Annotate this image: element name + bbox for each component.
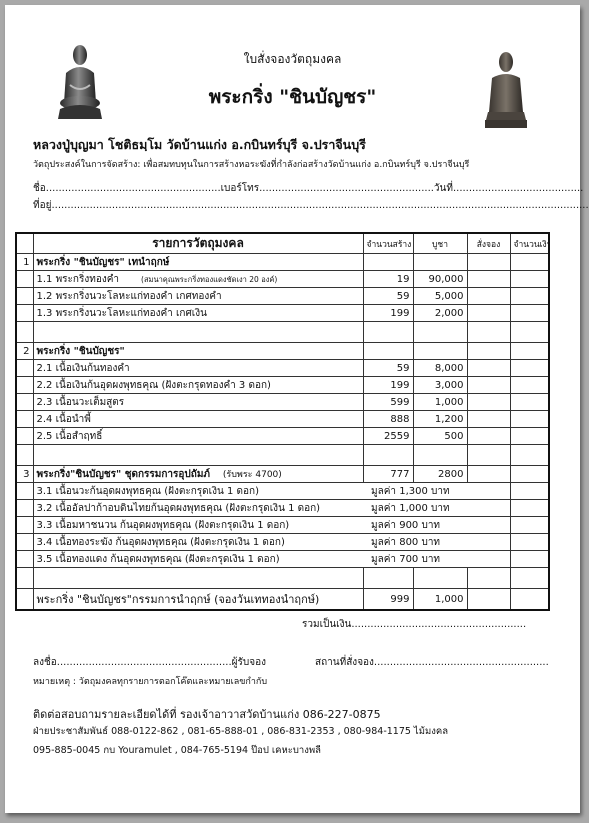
qty-cell: 59: [363, 360, 413, 377]
reserve-cell[interactable]: [467, 428, 510, 445]
item-value: มูลค่า 1,000 บาท: [363, 500, 510, 517]
amount-cell[interactable]: [510, 254, 549, 271]
empty-cell: [33, 568, 363, 589]
amount-cell[interactable]: [510, 428, 549, 445]
group-title: พระกริ่ง"ชินบัญชร" ชุดกรรมการอุปถัมภ์ (ร…: [33, 466, 363, 483]
items-table: รายการวัตถุมงคล จำนวนสร้าง บูชา สั่งจอง …: [15, 232, 550, 611]
reserve-cell[interactable]: [467, 394, 510, 411]
item-value: มูลค่า 900 บาท: [363, 517, 510, 534]
empty-cell: [467, 568, 510, 589]
price-cell: 2800: [413, 466, 467, 483]
table-row: 3.2 เนื้ออัลปาก้าอบดินไทยก้นอุดผงพุทธคุณ…: [16, 500, 549, 517]
empty-cell: [363, 322, 413, 343]
reserve-cell[interactable]: [467, 589, 510, 611]
amount-cell[interactable]: [510, 360, 549, 377]
reserve-cell[interactable]: [467, 288, 510, 305]
price-cell: 5,000: [413, 288, 467, 305]
empty-cell: [413, 568, 467, 589]
empty-cell: [413, 445, 467, 466]
table-row: 2.5 เนื้อสำฤทธิ์2559500: [16, 428, 549, 445]
num-cell: [16, 288, 33, 305]
num-cell: [16, 551, 33, 568]
table-row: 3.4 เนื้อทองระฆัง ก้นอุดผงพุทธคุณ (ฝังตะ…: [16, 534, 549, 551]
item-value: มูลค่า 800 บาท: [363, 534, 510, 551]
qty-cell: 59: [363, 288, 413, 305]
table-row: 1.3 พระกริ่งนวะโลหะแก่ทองคำ เกศเงิน1992,…: [16, 305, 549, 322]
num-cell: [16, 271, 33, 288]
amount-cell[interactable]: [510, 343, 549, 360]
qty-cell: 19: [363, 271, 413, 288]
table-row: 3.1 เนื้อนวะก้นอุดผงพุทธคุณ (ฝังตะกรุดเง…: [16, 483, 549, 500]
item-label: 2.2 เนื้อเงินก้นอุดผงพุทธคุณ (ฝังตะกรุดท…: [33, 377, 363, 394]
form-title: พระกริ่ง "ชินบัญชร": [5, 82, 580, 112]
amount-cell[interactable]: [510, 589, 549, 611]
num-cell: [16, 500, 33, 517]
amount-cell[interactable]: [510, 411, 549, 428]
qty-cell: [363, 343, 413, 360]
contact-pr: ฝ่ายประชาสัมพันธ์ 088-0122-862 , 081-65-…: [33, 724, 448, 739]
item-label: 3.2 เนื้ออัลปาก้าอบดินไทยก้นอุดผงพุทธคุณ…: [33, 500, 363, 517]
qty-cell: 888: [363, 411, 413, 428]
final-label: พระกริ่ง "ชินบัญชร"กรรมการนำฤกษ์ (จองวัน…: [33, 589, 363, 611]
empty-cell: [33, 322, 363, 343]
amount-cell[interactable]: [510, 551, 549, 568]
qty-cell: 777: [363, 466, 413, 483]
amount-cell[interactable]: [510, 377, 549, 394]
amount-cell[interactable]: [510, 517, 549, 534]
reserve-cell[interactable]: [467, 377, 510, 394]
price-cell: 8,000: [413, 360, 467, 377]
col-items: รายการวัตถุมงคล: [33, 233, 363, 254]
group-number: 1: [16, 254, 33, 271]
signature-field[interactable]: ลงชื่อ..................................…: [33, 655, 266, 670]
qty-cell: [363, 254, 413, 271]
qty-cell: 999: [363, 589, 413, 611]
empty-cell: [16, 322, 33, 343]
contact-main: ติดต่อสอบถามรายละเอียดได้ที่ รองเจ้าอาวา…: [33, 705, 381, 723]
amount-cell[interactable]: [510, 534, 549, 551]
total-field[interactable]: รวมเป็นเงิน.............................…: [302, 617, 526, 632]
item-label: 3.5 เนื้อทองแดง ก้นอุดผงพุทธคุณ (ฝังตะกร…: [33, 551, 363, 568]
group-title: พระกริ่ง "ชินบัญชร": [33, 343, 363, 360]
name-phone-date-field[interactable]: ชื่อ....................................…: [33, 181, 583, 196]
price-cell: 1,200: [413, 411, 467, 428]
item-note: (สมนาคุณพระกริ่งทองแดงชัดเงา 20 องค์): [141, 275, 277, 284]
spacer-row: [16, 445, 549, 466]
table-row: 1.2 พระกริ่งนวะโลหะแก่ทองคำ เกศทองคำ595,…: [16, 288, 549, 305]
order-form-page: ใบสั่งจองวัตถุมงคล พระกริ่ง "ชินบัญชร" ห…: [5, 5, 580, 813]
qty-cell: 199: [363, 305, 413, 322]
table-row: 3.3 เนื้อมหาชนวน ก้นอุดผงพุทธคุณ (ฝังตะก…: [16, 517, 549, 534]
item-label: 2.4 เนื้อนำพี้: [33, 411, 363, 428]
num-cell: [16, 411, 33, 428]
empty-cell: [413, 322, 467, 343]
group-number: 2: [16, 343, 33, 360]
reserve-cell[interactable]: [467, 254, 510, 271]
reserve-cell[interactable]: [467, 360, 510, 377]
amount-cell[interactable]: [510, 271, 549, 288]
table-row: 2.4 เนื้อนำพี้8881,200: [16, 411, 549, 428]
item-label: 3.3 เนื้อมหาชนวน ก้นอุดผงพุทธคุณ (ฝังตะก…: [33, 517, 363, 534]
reserve-cell[interactable]: [467, 343, 510, 360]
qty-cell: 199: [363, 377, 413, 394]
empty-cell: [467, 322, 510, 343]
price-cell: 1,000: [413, 394, 467, 411]
price-cell: 2,000: [413, 305, 467, 322]
num-cell: [16, 360, 33, 377]
reserve-cell[interactable]: [467, 305, 510, 322]
table-row: 2.1 เนื้อเงินก้นทองคำ598,000: [16, 360, 549, 377]
num-cell: [16, 305, 33, 322]
item-value: มูลค่า 1,300 บาท: [363, 483, 510, 500]
item-label: 3.4 เนื้อทองระฆัง ก้นอุดผงพุทธคุณ (ฝังตะ…: [33, 534, 363, 551]
order-place-field[interactable]: สถานที่สั่งจอง..........................…: [315, 655, 549, 670]
num-cell: [16, 394, 33, 411]
empty-cell: [467, 445, 510, 466]
price-cell: [413, 254, 467, 271]
purpose-text: วัตถุประสงค์ในการจัดสร้าง: เพื่อสมทบทุนใ…: [33, 157, 469, 171]
amount-cell[interactable]: [510, 288, 549, 305]
item-label: 3.1 เนื้อนวะก้นอุดผงพุทธคุณ (ฝังตะกรุดเง…: [33, 483, 363, 500]
empty-cell: [16, 568, 33, 589]
item-label: 2.1 เนื้อเงินก้นทองคำ: [33, 360, 363, 377]
group-row: 1พระกริ่ง "ชินบัญชร" เทนำฤกษ์: [16, 254, 549, 271]
empty-cell: [363, 445, 413, 466]
price-cell: 90,000: [413, 271, 467, 288]
item-label: 1.2 พระกริ่งนวะโลหะแก่ทองคำ เกศทองคำ: [33, 288, 363, 305]
amount-cell[interactable]: [510, 305, 549, 322]
amount-cell[interactable]: [510, 466, 549, 483]
price-cell: [413, 343, 467, 360]
col-price: บูชา: [413, 233, 467, 254]
amount-cell[interactable]: [510, 483, 549, 500]
table-row: 1.1 พระกริ่งทองคำ(สมนาคุณพระกริ่งทองแดงช…: [16, 271, 549, 288]
qty-cell: 599: [363, 394, 413, 411]
amount-cell[interactable]: [510, 394, 549, 411]
price-cell: 3,000: [413, 377, 467, 394]
group-row: 3พระกริ่ง"ชินบัญชร" ชุดกรรมการอุปถัมภ์ (…: [16, 466, 549, 483]
reserve-cell[interactable]: [467, 466, 510, 483]
item-label: 1.1 พระกริ่งทองคำ(สมนาคุณพระกริ่งทองแดงช…: [33, 271, 363, 288]
num-cell: [16, 589, 33, 611]
qty-cell: 2559: [363, 428, 413, 445]
price-cell: 500: [413, 428, 467, 445]
num-cell: [16, 377, 33, 394]
col-reserve: สั่งจอง: [467, 233, 510, 254]
col-qty: จำนวนสร้าง: [363, 233, 413, 254]
num-cell: [16, 517, 33, 534]
remark-text: หมายเหตุ : วัตถุมงคลทุกรายการตอกโค๊ตและห…: [33, 674, 267, 688]
empty-cell: [33, 445, 363, 466]
empty-cell: [363, 568, 413, 589]
price-cell: 1,000: [413, 589, 467, 611]
group-number: 3: [16, 466, 33, 483]
col-num: [16, 233, 33, 254]
final-row: พระกริ่ง "ชินบัญชร"กรรมการนำฤกษ์ (จองวัน…: [16, 589, 549, 611]
item-value: มูลค่า 700 บาท: [363, 551, 510, 568]
contact-extra: 095-885-0045 กบ Youramulet , 084-765-519…: [33, 743, 321, 758]
table-header-row: รายการวัตถุมงคล จำนวนสร้าง บูชา สั่งจอง …: [16, 233, 549, 254]
spacer-row: [16, 568, 549, 589]
spacer-row: [16, 322, 549, 343]
group-title-note: (รับพระ 4700): [220, 470, 282, 480]
group-title: พระกริ่ง "ชินบัญชร" เทนำฤกษ์: [33, 254, 363, 271]
address-field[interactable]: ที่อยู่.................................…: [33, 198, 589, 213]
num-cell: [16, 483, 33, 500]
num-cell: [16, 428, 33, 445]
empty-cell: [16, 445, 33, 466]
num-cell: [16, 534, 33, 551]
empty-cell: [510, 445, 549, 466]
empty-cell: [510, 568, 549, 589]
form-subtitle: ใบสั่งจองวัตถุมงคล: [5, 50, 580, 69]
item-label: 1.3 พระกริ่งนวะโลหะแก่ทองคำ เกศเงิน: [33, 305, 363, 322]
table-row: 2.3 เนื้อนวะเต็มสูตร5991,000: [16, 394, 549, 411]
table-row: 3.5 เนื้อทองแดง ก้นอุดผงพุทธคุณ (ฝังตะกร…: [16, 551, 549, 568]
group-row: 2พระกริ่ง "ชินบัญชร": [16, 343, 549, 360]
reserve-cell[interactable]: [467, 411, 510, 428]
item-label: 2.5 เนื้อสำฤทธิ์: [33, 428, 363, 445]
table-row: 2.2 เนื้อเงินก้นอุดผงพุทธคุณ (ฝังตะกรุดท…: [16, 377, 549, 394]
item-label: 2.3 เนื้อนวะเต็มสูตร: [33, 394, 363, 411]
temple-name: หลวงปู่บุญมา โชติธมฺโม วัดบ้านแก่ง อ.กบิ…: [33, 135, 366, 155]
amount-cell[interactable]: [510, 500, 549, 517]
reserve-cell[interactable]: [467, 271, 510, 288]
empty-cell: [510, 322, 549, 343]
col-amount: จำนวนเงิน: [510, 233, 549, 254]
